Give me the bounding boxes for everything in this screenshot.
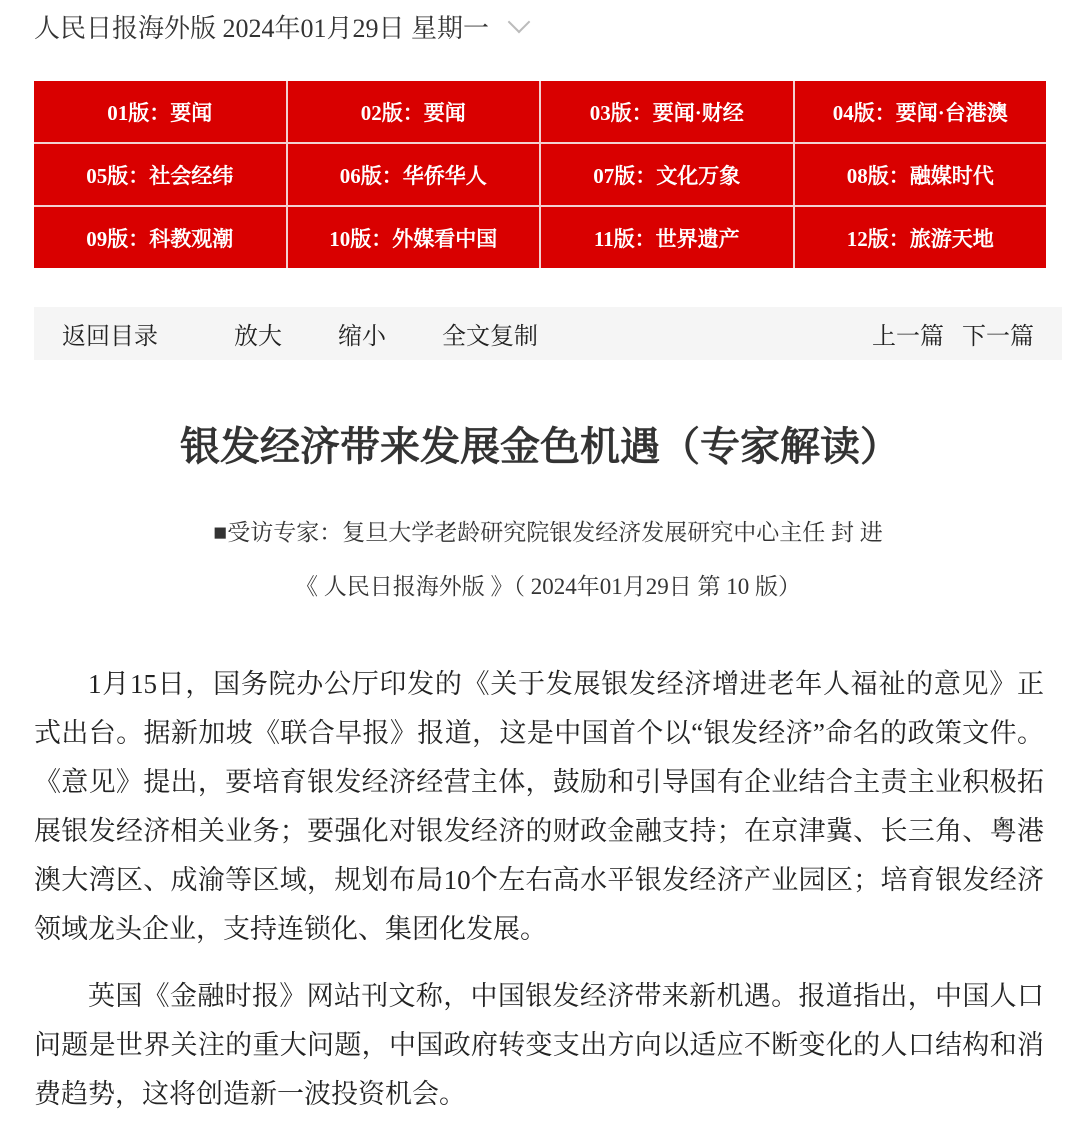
article-source: 《 人民日报海外版 》（ 2024年01月29日 第 10 版） — [0, 568, 1080, 601]
previous-article-link[interactable]: 上一篇 — [872, 316, 944, 351]
edition-link-01[interactable]: 01版：要闻 — [34, 81, 286, 142]
copy-full-text-button[interactable]: 全文复制 — [442, 316, 538, 351]
article-byline: ■受访专家：复旦大学老龄研究院银发经济发展研究中心主任 封 进 — [0, 514, 1080, 547]
issue-date: 人民日报海外版 2024年01月29日 星期一 — [34, 8, 489, 45]
back-to-index-button[interactable]: 返回目录 — [62, 316, 158, 351]
edition-link-11[interactable]: 11版：世界遗产 — [541, 207, 793, 268]
next-article-link[interactable]: 下一篇 — [962, 316, 1034, 351]
edition-link-02[interactable]: 02版：要闻 — [288, 81, 540, 142]
article-toolbar: 返回目录 放大 缩小 全文复制 上一篇 下一篇 — [34, 307, 1062, 360]
edition-link-06[interactable]: 06版：华侨华人 — [288, 144, 540, 205]
edition-link-09[interactable]: 09版：科教观潮 — [34, 207, 286, 268]
article-title: 银发经济带来发展金色机遇（专家解读） — [0, 415, 1080, 472]
edition-grid: 01版：要闻 02版：要闻 03版：要闻·财经 04版：要闻·台港澳 05版：社… — [34, 81, 1046, 268]
zoom-out-button[interactable]: 缩小 — [338, 316, 386, 351]
article-paragraph: 1月15日，国务院办公厅印发的《关于发展银发经济增进老年人福祉的意见》正式出台。… — [34, 660, 1044, 954]
edition-link-04[interactable]: 04版：要闻·台港澳 — [795, 81, 1047, 142]
edition-link-08[interactable]: 08版：融媒时代 — [795, 144, 1047, 205]
edition-link-05[interactable]: 05版：社会经纬 — [34, 144, 286, 205]
zoom-in-button[interactable]: 放大 — [234, 316, 282, 351]
chevron-down-icon[interactable] — [508, 11, 531, 34]
edition-link-07[interactable]: 07版：文化万象 — [541, 144, 793, 205]
article-paragraph: 英国《金融时报》网站刊文称，中国银发经济带来新机遇。报道指出，中国人口问题是世界… — [34, 972, 1044, 1119]
article-body: 1月15日，国务院办公厅印发的《关于发展银发经济增进老年人福祉的意见》正式出台。… — [34, 660, 1044, 1129]
edition-link-10[interactable]: 10版：外媒看中国 — [288, 207, 540, 268]
date-selector[interactable]: 人民日报海外版 2024年01月29日 星期一 — [34, 6, 527, 46]
edition-link-03[interactable]: 03版：要闻·财经 — [541, 81, 793, 142]
edition-link-12[interactable]: 12版：旅游天地 — [795, 207, 1047, 268]
